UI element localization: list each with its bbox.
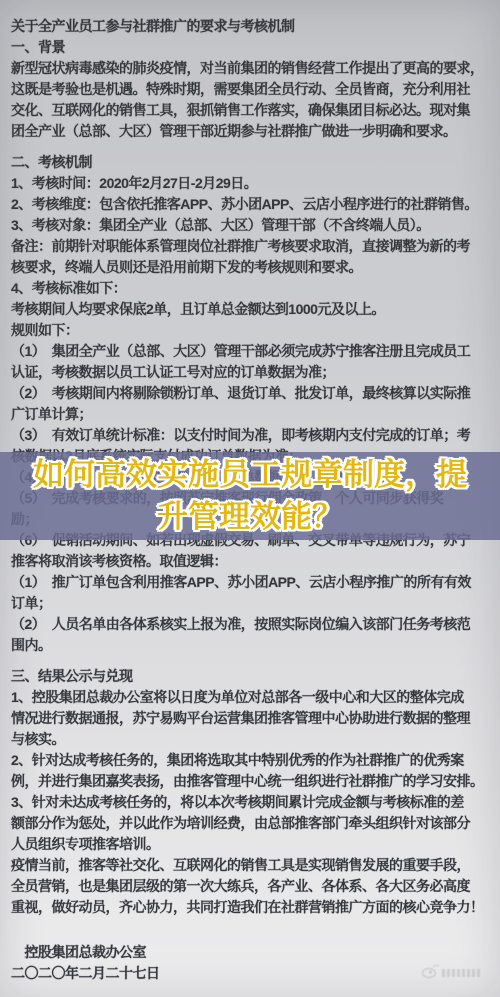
document-line: 订单；: [11, 593, 492, 614]
document-line: 额部分作为惩处，并以此作为培训经费，由总部推客部门牵头组织针对该部分: [11, 813, 492, 834]
document-line: 新型冠状病毒感染的肺炎疫情，对当前集团的销售经营工作提出了更高的要求，: [11, 58, 492, 79]
document-line: 规则如下：: [11, 320, 492, 341]
document-line: 全员营销，也是集团层级的第一次大练兵，各产业、各体系、各大区务必高度: [11, 876, 492, 897]
document-line: 推客将取消该考核资格。取值逻辑：: [11, 551, 492, 572]
spacer: [11, 142, 492, 152]
document-line: 核要求，终端人员则还是沿用前期下发的考核规则和要求。: [11, 257, 492, 278]
document-line: 重视，做好动员，齐心协力，共同打造我们在社群营销推广方面的核心竞争力！: [11, 897, 492, 918]
document-line: 关于全产业员工参与社群推广的要求与考核机制: [11, 16, 492, 37]
overlay-title-line2: 升管理效能？: [157, 496, 343, 538]
document-line: 情况进行数据通报，苏宁易购平台运营集团推客管理中心协助进行数据的整理: [11, 708, 492, 729]
document-line: （2） 考核期间内将剔除锁粉订单、退货订单、批发订单，最终核算以实际推: [11, 383, 492, 404]
document-line: 这既是考验也是机遇。特殊时期，需要集团全员行动、全员皆商，充分利用社: [11, 79, 492, 100]
document-line: 围内。: [11, 635, 492, 656]
document-line: 3、针对未达成考核任务的，将以本次考核期间累计完成金额与考核标准的差: [11, 792, 492, 813]
document-line: 1、考核时间：2020年2月27日-2月29日。: [11, 173, 492, 194]
document-line: 二、考核机制: [11, 152, 492, 173]
document-line: （2） 人员名单由各体系核实上报为准，按照实际岗位编入该部门任务考核范: [11, 614, 492, 635]
document-photo: 关于全产业员工参与社群推广的要求与考核机制一、背景新型冠状病毒感染的肺炎疫情，对…: [0, 0, 500, 997]
document-line: 交化、互联网化的销售工具，狠抓销售工作落实，确保集团目标必达。现对集: [11, 100, 492, 121]
document-line: （3） 有效订单统计标准：以支付时间为准，即考核期内支付完成的订单；考: [11, 425, 492, 446]
document-line: 一、背景: [11, 37, 492, 58]
overlay-title: 如何高效实施员工规章制度，提 升管理效能？: [0, 449, 500, 543]
document-line: 1、控股集团总裁办公室将以日度为单位对总部各一级中心和大区的整体完成: [11, 687, 492, 708]
document-line: 2、考核维度：包含依托推客APP、苏小团APP、云店小程序进行的社群销售。: [11, 194, 492, 215]
document-line: 与核实。: [11, 729, 492, 750]
document-line: 疫情当前，推客等社交化、互联网化的销售工具是实现销售发展的重要手段，: [11, 855, 492, 876]
document-line: 3、考核对象：集团全产业（总部、大区）管理干部（不含终端人员）。: [11, 215, 492, 236]
document-line: 控股集团总裁办公室: [11, 942, 492, 963]
overlay-title-line1: 如何高效实施员工规章制度，提: [33, 454, 467, 496]
document-line: 认证，考核数据以员工认证工号对应的订单数据为准；: [11, 362, 492, 383]
document-line: 团全产业（总部、大区）管理干部近期参与社群推广做进一步明确和要求。: [11, 121, 492, 142]
spacer: [11, 656, 492, 666]
document-line: 广订单计算；: [11, 404, 492, 425]
document-line: 例，并进行集团嘉奖表扬，由推客管理中心统一组织进行社群推广的学习安排。: [11, 771, 492, 792]
document-line: 人员组织专项推客培训。: [11, 834, 492, 855]
weibo-watermark-icon: [420, 961, 492, 981]
document-line: 三、结果公示与兑现: [11, 666, 492, 687]
document-line: 2、针对达成考核任务的，集团将选取其中特别优秀的作为社群推广的优秀案: [11, 750, 492, 771]
document-line: （1） 推广订单包含利用推客APP、苏小团APP、云店小程序推广的所有有效: [11, 572, 492, 593]
document-line: 4、考核标准如下：: [11, 278, 492, 299]
document-line: 考核期间人均要求保底2单，且订单总金额达到1000元及以上。: [11, 299, 492, 320]
document-line: 备注：前期针对职能体系管理岗位社群推广考核要求取消，直接调整为新的考: [11, 236, 492, 257]
document-line: （1） 集团全产业（总部、大区）管理干部必须完成苏宁推客注册且完成员工: [11, 341, 492, 362]
spacer: [11, 918, 492, 942]
